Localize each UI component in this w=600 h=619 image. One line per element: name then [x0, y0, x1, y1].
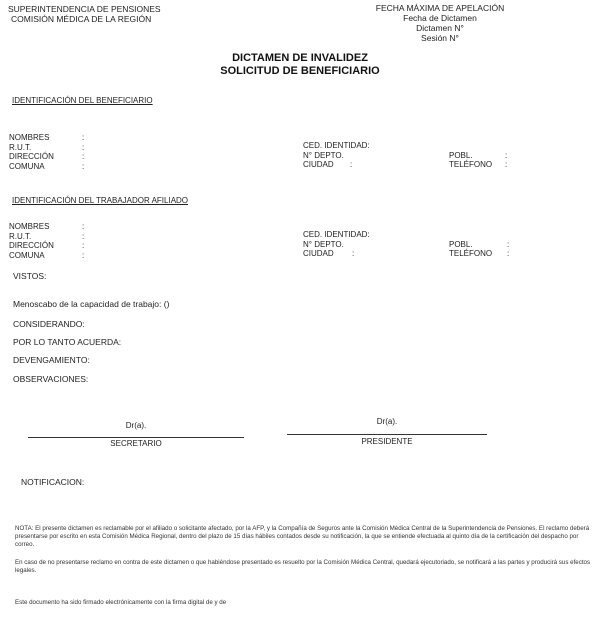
field-label-comuna: COMUNA: [9, 162, 54, 172]
dictamen-date-label: Fecha de Dictamen: [365, 13, 515, 23]
notificacion-label: NOTIFICACION:: [21, 477, 84, 487]
field-label-rut: R.U.T.: [9, 143, 54, 153]
field-label-ced-identidad: CED. IDENTIDAD:: [303, 230, 370, 240]
secretario-role: SECRETARIO: [28, 439, 244, 448]
appeal-deadline-label: FECHA MÁXIMA DE APELACIÓN: [365, 3, 515, 13]
menoscabo-label: Menoscabo de la capacidad de trabajo: (): [13, 299, 169, 309]
dictamen-number-label: Dictamen N°: [365, 23, 515, 33]
devengamiento-label: DEVENGAMIENTO:: [13, 355, 90, 365]
enforcement-note: En caso de no presentarse reclamo en con…: [15, 559, 595, 575]
acuerda-label: POR LO TANTO ACUERDA:: [13, 337, 121, 347]
session-number-label: Sesión N°: [365, 33, 515, 43]
beneficiary-colons: : : : :: [82, 133, 84, 171]
field-label-pobl: POBL.: [449, 151, 473, 161]
header-right: FECHA MÁXIMA DE APELACIÓN Fecha de Dicta…: [365, 3, 515, 43]
field-label-ciudad: CIUDAD: [303, 160, 334, 170]
field-label-telefono: TELÉFONO: [449, 249, 492, 259]
field-label-depto: N° DEPTO.: [303, 240, 344, 250]
worker-fields-left: NOMBRES R.U.T. DIRECCIÓN COMUNA: [9, 222, 54, 260]
legal-note: NOTA: El presente dictamen es reclamable…: [15, 525, 595, 549]
field-label-telefono: TELÉFONO: [449, 160, 492, 170]
digital-signature-note: Este documento ha sido firmado electróni…: [15, 599, 595, 607]
presidente-role: PRESIDENTE: [287, 437, 487, 446]
field-label-nombres: NOMBRES: [9, 222, 54, 232]
secretario-name: Dr(a).: [28, 421, 244, 430]
worker-colons: : : : :: [82, 222, 84, 260]
document-title: DICTAMEN DE INVALIDEZ: [0, 52, 600, 65]
field-label-ced-identidad: CED. IDENTIDAD:: [303, 141, 370, 151]
field-label-comuna: COMUNA: [9, 251, 54, 261]
field-label-rut: R.U.T.: [9, 232, 54, 242]
field-label-nombres: NOMBRES: [9, 133, 54, 143]
worker-section-heading: IDENTIFICACIÓN DEL TRABAJADOR AFILIADO: [12, 196, 188, 205]
field-label-direccion: DIRECCIÓN: [9, 241, 54, 251]
field-label-direccion: DIRECCIÓN: [9, 152, 54, 162]
beneficiary-fields-left: NOMBRES R.U.T. DIRECCIÓN COMUNA: [9, 133, 54, 171]
considerando-label: CONSIDERANDO:: [13, 319, 85, 329]
field-label-depto: N° DEPTO.: [303, 151, 344, 161]
presidente-name: Dr(a).: [287, 417, 487, 426]
beneficiary-section-heading: IDENTIFICACIÓN DEL BENEFICIARIO: [12, 96, 153, 105]
secretario-signature-line: [28, 437, 244, 438]
field-label-ciudad: CIUDAD: [303, 249, 334, 259]
commission-name: COMISIÓN MÉDICA DE LA REGIÓN: [8, 14, 161, 24]
observaciones-label: OBSERVACIONES:: [13, 374, 88, 384]
presidente-signature-line: [287, 434, 487, 435]
field-label-pobl: POBL.: [449, 240, 473, 250]
document-subtitle: SOLICITUD DE BENEFICIARIO: [0, 65, 600, 78]
org-name: SUPERINTENDENCIA DE PENSIONES: [8, 4, 161, 14]
vistos-label: VISTOS:: [13, 271, 46, 281]
header-left: SUPERINTENDENCIA DE PENSIONES COMISIÓN M…: [8, 4, 161, 24]
